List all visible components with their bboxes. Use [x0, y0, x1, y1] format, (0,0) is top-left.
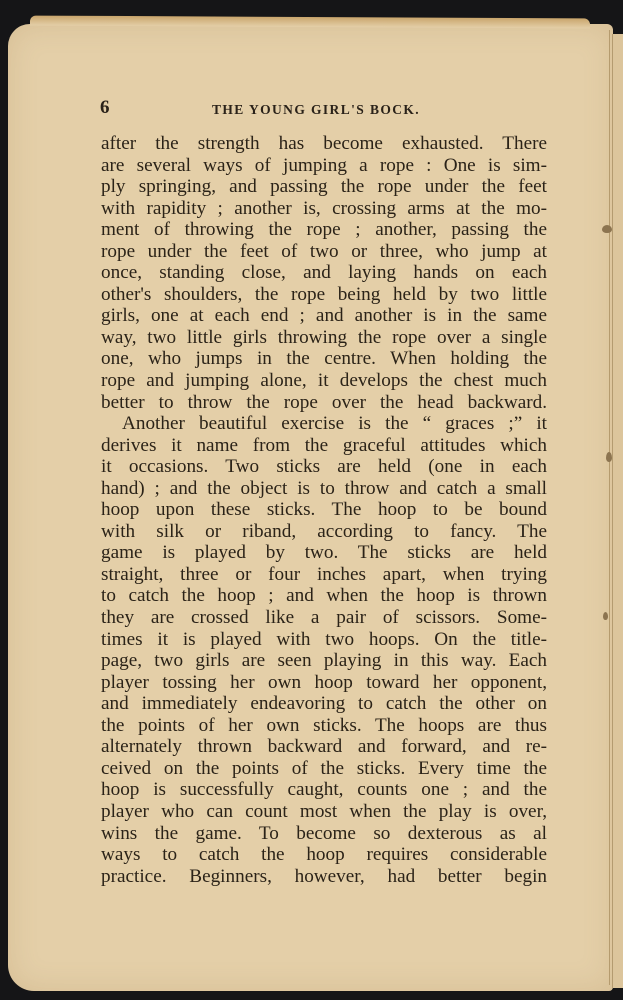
text-line: game is played by two. The sticks are he… — [101, 542, 547, 564]
scanned-book-page: 6 THE YOUNG GIRL'S BOCK. after the stren… — [0, 0, 623, 1000]
text-line: other's shoulders, the rope being held b… — [101, 284, 547, 306]
binding-stitch-icon — [602, 225, 612, 233]
text-line: alternately thrown backward and forward,… — [101, 736, 547, 758]
text-line: practice. Beginners, however, had better… — [101, 866, 547, 888]
text-line: page, two girls are seen playing in this… — [101, 650, 547, 672]
text-line: hoop is successfully caught, counts one … — [101, 779, 547, 801]
text-line: are several ways of jumping a rope : One… — [101, 155, 547, 177]
text-line: rope and jumping alone, it develops the … — [101, 370, 547, 392]
text-line: they are crossed like a pair of scissors… — [101, 607, 547, 629]
text-line: and immediately endeavoring to catch the… — [101, 693, 547, 715]
text-line: straight, three or four inches apart, wh… — [101, 564, 547, 586]
binding-stitch-icon — [603, 612, 608, 620]
text-line: times it is played with two hoops. On th… — [101, 629, 547, 651]
text-line: with silk or riband, according to fancy.… — [101, 521, 547, 543]
running-head: THE YOUNG GIRL'S BOCK. — [212, 102, 420, 118]
text-line: once, standing close, and laying hands o… — [101, 262, 547, 284]
body-text: after the strength has become exhausted.… — [101, 133, 547, 887]
text-line: better to throw the rope over the head b… — [101, 392, 547, 414]
page-number: 6 — [100, 97, 110, 119]
text-line: derives it name from the graceful attitu… — [101, 435, 547, 457]
text-line: ply springing, and passing the rope unde… — [101, 176, 547, 198]
text-line: hoop upon these sticks. The hoop to be b… — [101, 499, 547, 521]
text-line: it occasions. Two sticks are held (one i… — [101, 456, 547, 478]
text-line: player who can count most when the play … — [101, 801, 547, 823]
text-line: the points of her own sticks. The hoops … — [101, 715, 547, 737]
paragraph-start-line: Another beautiful exercise is the “ grac… — [101, 413, 547, 435]
text-line: wins the game. To become so dexterous as… — [101, 823, 547, 845]
text-line: to catch the hoop ; and when the hoop is… — [101, 585, 547, 607]
text-line: ways to catch the hoop requires consider… — [101, 844, 547, 866]
adjacent-page-edge — [612, 34, 623, 988]
text-line: with rapidity ; another is, crossing arm… — [101, 198, 547, 220]
text-line: rope under the feet of two or three, who… — [101, 241, 547, 263]
text-line: girls, one at each end ; and another is … — [101, 305, 547, 327]
text-line: ment of throwing the rope ; another, pas… — [101, 219, 547, 241]
text-line: ceived on the points of the sticks. Ever… — [101, 758, 547, 780]
binding-fold — [609, 30, 610, 985]
binding-stitch-icon — [606, 452, 612, 462]
text-line: hand) ; and the object is to throw and c… — [101, 478, 547, 500]
text-line: one, who jumps in the centre. When holdi… — [101, 348, 547, 370]
text-line: way, two little girls throwing the rope … — [101, 327, 547, 349]
text-line: after the strength has become exhausted.… — [101, 133, 547, 155]
page-header: 6 THE YOUNG GIRL'S BOCK. — [100, 100, 546, 120]
text-line: player tossing her own hoop toward her o… — [101, 672, 547, 694]
